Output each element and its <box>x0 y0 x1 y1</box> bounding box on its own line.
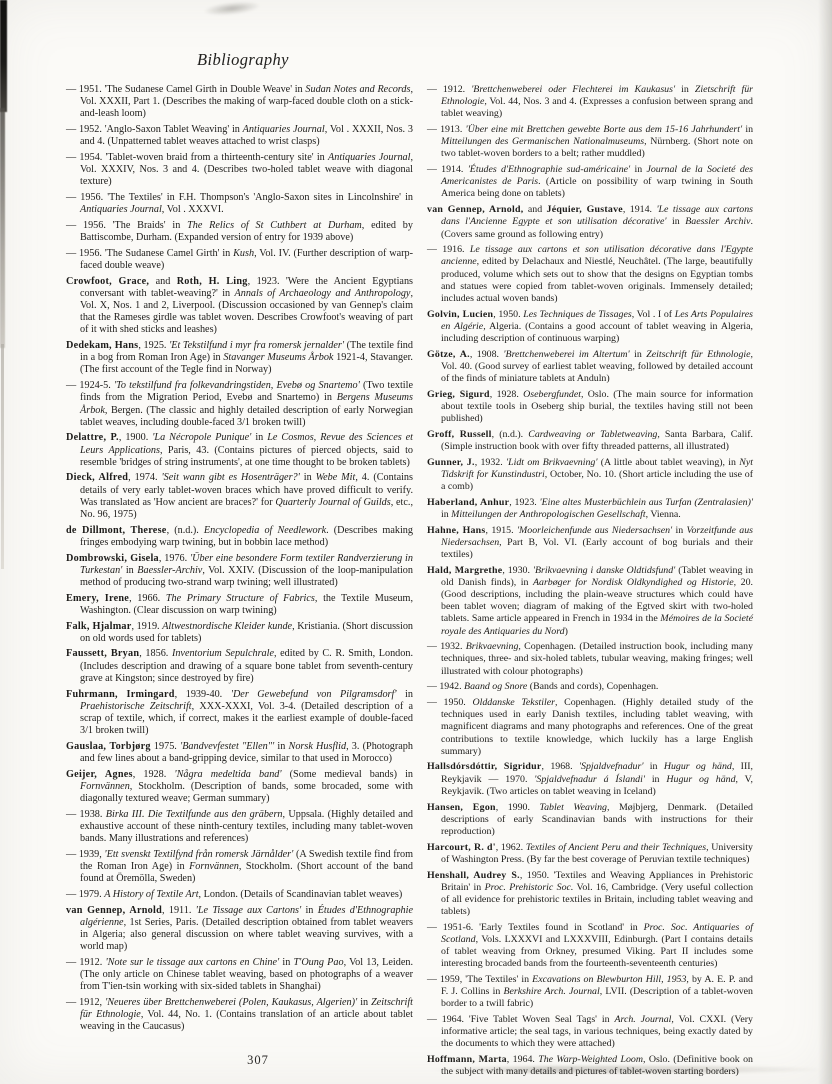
entry-segment: 'Brikvaevning i danske Oldtidsfund' <box>533 565 675 576</box>
entry-segment: T'Oung Pao <box>293 957 343 968</box>
entry-segment: 'Le Tissage aux Cartons' <box>196 905 302 916</box>
entry-segment: Antiquaries Journal <box>328 152 410 163</box>
entry-segment: Annals of Archaeology and Anthropology <box>235 288 411 299</box>
entry-segment: , Vol . I of <box>632 309 675 320</box>
bibliography-entry: — 1912. 'Brettchenweberei oder Flechtere… <box>427 84 753 120</box>
entry-segment: , 1928. <box>133 769 175 780</box>
entry-segment: Grieg, Sigurd <box>427 389 490 400</box>
entry-segment: , Stockholm. (Description of bands, some… <box>80 781 413 804</box>
entry-segment: in <box>279 957 293 968</box>
bibliography-entry: van Gennep, Arnold, and Jéquier, Gustave… <box>427 204 753 240</box>
entry-segment: in <box>251 432 267 443</box>
bibliography-entry: — 1932. Brikvaevning, Copenhagen. (Detai… <box>427 641 753 677</box>
entry-segment: in <box>122 565 137 576</box>
entry-segment: Hansen, Egon <box>427 802 496 813</box>
entry-segment: Encyclopedia of Needlework <box>204 525 326 536</box>
bibliography-entry: Dieck, Alfred, 1974. 'Seit wann gibt es … <box>66 472 413 521</box>
entry-segment: in <box>675 84 695 95</box>
entry-segment: , 1966. <box>129 593 166 604</box>
entry-segment: Baand og Snore <box>464 681 527 692</box>
entry-segment: Harcourt, R. d' <box>427 842 496 853</box>
entry-segment: — 1954. 'Tablet-woven braid from a thirt… <box>66 152 328 163</box>
entry-segment: Fornvännen <box>189 861 239 872</box>
entry-segment: , 1964. <box>507 1054 538 1065</box>
page-title: Bibliography <box>197 50 289 70</box>
bibliography-entry: Hansen, Egon, 1990. Tablet Weaving, Møjb… <box>427 802 753 838</box>
entry-segment: Les Techniques de Tissages <box>523 309 632 320</box>
entry-segment: (Bands and cords), Copenhagen. <box>527 681 658 692</box>
entry-segment: , Vol . XXXVI. <box>162 204 224 215</box>
entry-segment: — 1951. 'The Sudanese Camel Girth in Dou… <box>66 84 305 95</box>
bibliography-entry: — 1942. Baand og Snore (Bands and cords)… <box>427 681 753 693</box>
entry-segment: — 1964. 'Five Tablet Woven Seal Tags' in <box>427 1014 614 1025</box>
bibliography-entry: de Dillmont, Therese, (n.d.). Encycloped… <box>66 525 413 549</box>
bibliography-entry: — 1954. 'Tablet-woven braid from a thirt… <box>66 152 413 188</box>
entry-segment: — 1912. <box>66 957 105 968</box>
bibliography-entry: Geijer, Agnes, 1928. 'Några medeltida ba… <box>66 769 413 805</box>
entry-segment: , (n.d.). <box>492 429 529 440</box>
entry-segment: , 1928. <box>490 389 523 400</box>
entry-segment: Dieck, Alfred <box>66 472 128 483</box>
entry-segment: van Gennep, Arnold, <box>427 204 523 215</box>
scanned-book-page: Bibliography — 1951. 'The Sudanese Camel… <box>0 0 832 1084</box>
entry-segment: Groff, Russell <box>427 429 492 440</box>
bibliography-entry: Dombrowski, Gisela, 1976. 'Über eine bes… <box>66 553 413 589</box>
bibliography-entry: — 1950. Olddanske Tekstiler, Copenhagen.… <box>427 697 753 758</box>
entry-segment: Textiles of Ancient Peru and their Techn… <box>526 842 706 853</box>
entry-segment: Haberland, Anhur <box>427 497 509 508</box>
bibliography-entry: — 1964. 'Five Tablet Woven Seal Tags' in… <box>427 1014 753 1050</box>
entry-segment: — 1956. 'The Sudanese Camel Girth' in <box>66 248 233 259</box>
entry-segment: in <box>630 164 646 175</box>
entry-segment: Inventorium Sepulchrale <box>172 648 274 659</box>
entry-segment: 'Über eine mit Brettchen gewebte Borte a… <box>466 124 743 135</box>
bibliography-entry: Harcourt, R. d', 1962. Textiles of Ancie… <box>427 842 753 866</box>
entry-segment: in <box>357 997 371 1008</box>
bibliography-entry: Dedekam, Hans, 1925. 'Et Tekstilfund i m… <box>66 340 413 376</box>
entry-segment: Baessler-Archiv <box>137 565 202 576</box>
bibliography-entry: — 1912. 'Note sur le tissage aux cartons… <box>66 957 413 993</box>
entry-segment: Geijer, Agnes <box>66 769 133 780</box>
entry-segment: , 1976. <box>159 553 190 564</box>
entry-segment: , 1856. <box>139 648 172 659</box>
entry-segment: Götze, A. <box>427 349 470 360</box>
entry-segment: Hugur og händ <box>666 774 735 785</box>
entry-segment: — 1956. 'The Textiles' in F.H. Thompson'… <box>66 192 413 203</box>
entry-segment: Fornvännen <box>80 781 130 792</box>
bibliography-entry: Hahne, Hans, 1915. 'Moorleichenfunde aus… <box>427 525 753 561</box>
bibliography-entry: — 1956. 'The Textiles' in F.H. Thompson'… <box>66 192 413 216</box>
entry-segment: Hugur og händ <box>664 761 732 772</box>
entry-segment: , Bergen. (The classic and highly detail… <box>80 405 413 428</box>
entry-segment: Antiquaries Journal <box>243 124 325 135</box>
entry-segment: in <box>742 124 753 135</box>
entry-segment: Arch. Journal <box>614 1014 671 1025</box>
left-column: — 1951. 'The Sudanese Camel Girth in Dou… <box>66 84 413 1082</box>
entry-segment: 'Spjaldvefnadur á Íslandi' <box>534 774 645 785</box>
entry-segment: 'To tekstilfund fra folkevandringstiden,… <box>114 380 360 391</box>
entry-segment: , 1st Series, Paris. (Detailed descripti… <box>80 917 413 952</box>
entry-segment: , Vols. LXXXVI and LXXXVIII, Edinburgh. … <box>441 934 753 969</box>
entry-segment: A History of Textile Art <box>104 889 198 900</box>
entry-segment: 'Études d'Ethnographie sud-américaine' <box>468 164 630 175</box>
entry-segment: 'Brettchenweberei oder Flechterei im Kau… <box>471 84 675 95</box>
entry-segment: , Algeria. (Contains a good account of t… <box>441 321 753 344</box>
entry-segment: 'Moorleichenfunde aus Niedersachsen' <box>517 525 672 536</box>
entry-segment: , 1925. <box>138 340 169 351</box>
entry-segment: Golvin, Lucien <box>427 309 493 320</box>
bibliography-entry: Grieg, Sigurd, 1928. Osebergfundet, Oslo… <box>427 389 753 425</box>
entry-segment: Hahne, Hans <box>427 525 486 536</box>
bibliography-entry: Emery, Irene, 1966. The Primary Structur… <box>66 593 413 617</box>
entry-segment: de Dillmont, Therese <box>66 525 167 536</box>
entry-segment: , (n.d.). <box>167 525 204 536</box>
entry-segment: Roth, H. Ling <box>177 276 248 287</box>
scan-artifact-left-edge-faint <box>1 344 4 569</box>
entry-segment: Kush <box>233 248 254 259</box>
entry-segment: Osebergfundet <box>523 389 581 400</box>
bibliography-entry: Delattre, P., 1900. 'La Nécropole Puniqu… <box>66 432 413 468</box>
entry-segment: Praehistorische Zeitschrift <box>80 701 192 712</box>
entry-segment: 'Bandvevfestet "Ellen"' <box>180 741 274 752</box>
entry-segment: Quarterly Journal of Guilds <box>275 497 390 508</box>
entry-segment: Birka III. Die Textilfunde aus den gräbe… <box>106 809 283 820</box>
entry-segment: in <box>643 761 663 772</box>
bibliography-entry: Fuhrmann, Irmingard, 1939-40. 'Der Geweb… <box>66 689 413 738</box>
entry-segment: Hoffmann, Marta <box>427 1054 507 1065</box>
entry-segment: — 1956. 'The Braids' in <box>66 220 187 231</box>
bibliography-entry: Hoffmann, Marta, 1964. The Warp-Weighted… <box>427 1054 753 1078</box>
entry-segment: , 1911. <box>162 905 196 916</box>
entry-segment: Crowfoot, Grace, <box>66 276 149 287</box>
entry-segment: Sudan Notes and Records <box>305 84 410 95</box>
entry-segment: — 1916. <box>427 244 470 255</box>
entry-segment: , 1932. <box>475 457 506 468</box>
entry-segment: — 1959, 'The Textiles' in <box>427 974 532 985</box>
entry-segment: , 1950. <box>493 309 523 320</box>
entry-segment: The Warp-Weighted Loom <box>538 1054 643 1065</box>
entry-segment: Henshall, Audrey S. <box>427 870 520 881</box>
entry-segment: Tablet Weaving <box>539 802 606 813</box>
entry-segment: — 1913. <box>427 124 466 135</box>
bibliography-entry: van Gennep, Arnold, 1911. 'Le Tissage au… <box>66 905 413 954</box>
bibliography-entry: — 1914. 'Études d'Ethnographie sud-améri… <box>427 164 753 200</box>
entry-segment: , 1908. <box>470 349 504 360</box>
entry-segment: The Primary Structure of Fabrics <box>166 593 315 604</box>
entry-segment: van Gennep, Arnold <box>66 905 162 916</box>
bibliography-entry: Henshall, Audrey S., 1950. 'Textiles and… <box>427 870 753 919</box>
entry-segment: Gauslaa, Torbjørg <box>66 741 151 752</box>
entry-segment: Gunner, J. <box>427 457 475 468</box>
entry-segment: 1975. <box>151 741 180 752</box>
bibliography-entry: — 1979. A History of Textile Art, London… <box>66 889 413 901</box>
entry-segment: , 1923. <box>509 497 539 508</box>
entry-segment: Proc. Prehistoric Soc. <box>485 882 574 893</box>
bibliography-entry: Hald, Margrethe, 1930. 'Brikvaevning i d… <box>427 565 753 638</box>
entry-segment: 'Seit wann gibt es Hosenträger?' <box>161 472 299 483</box>
entry-segment: 'Några medeltida band' <box>174 769 281 780</box>
entry-segment: in <box>666 216 685 227</box>
entry-segment: in <box>301 905 318 916</box>
page-number: 307 <box>236 1053 280 1068</box>
entry-segment: — 1924-5. <box>66 380 114 391</box>
entry-segment: in <box>300 472 316 483</box>
entry-segment: Antiquaries Journal <box>80 204 162 215</box>
entry-segment: — 1942. <box>427 681 464 692</box>
entry-segment: Jéquier, Gustave <box>547 204 623 215</box>
entry-segment: , 1939-40. <box>175 689 231 700</box>
entry-segment: Mitteilungen der Anthropologischen Gesel… <box>451 509 645 520</box>
bibliography-entry: — 1959, 'The Textiles' in Excavations on… <box>427 974 753 1010</box>
entry-segment: Altwestnordische Kleider kunde <box>162 621 292 632</box>
entry-segment: , 1962. <box>496 842 526 853</box>
entry-segment: Fuhrmann, Irmingard <box>66 689 175 700</box>
entry-segment: Webe Mit <box>316 472 356 483</box>
entry-segment: (A little about tablet weaving), in <box>597 457 739 468</box>
entry-segment: 'Spjaldvefnadur' <box>579 761 644 772</box>
entry-segment: Stavanger Museums Årbok <box>223 352 333 363</box>
entry-segment: 'Lidt om Brikvaevning' <box>506 457 597 468</box>
entry-segment: and <box>149 276 177 287</box>
entry-segment: — 1951-6. 'Early Textiles found in Scotl… <box>427 922 644 933</box>
entry-segment: , 1968. <box>542 761 579 772</box>
bibliography-entry: — 1952. 'Anglo-Saxon Tablet Weaving' in … <box>66 124 413 148</box>
bibliography-entry: Crowfoot, Grace, and Roth, H. Ling, 1923… <box>66 276 413 337</box>
entry-segment: — 1938. <box>66 809 106 820</box>
entry-segment: in <box>274 741 288 752</box>
entry-segment: , Vol. 44, Nos. 3 and 4. (Expresses a co… <box>441 96 753 119</box>
entry-segment: Brikvaevning <box>466 641 519 652</box>
entry-segment: Aarbøger for Nordisk Oldkyndighed og His… <box>533 577 734 588</box>
right-column: — 1912. 'Brettchenweberei oder Flechtere… <box>427 84 753 1082</box>
bibliography-entry: Falk, Hjalmar, 1919. Altwestnordische Kl… <box>66 621 413 645</box>
entry-segment: in <box>397 689 413 700</box>
entry-segment: Dedekam, Hans <box>66 340 138 351</box>
entry-segment: 'Et Tekstilfund i myr fra romersk jernal… <box>169 340 344 351</box>
bibliography-entry: Faussett, Bryan, 1856. Inventorium Sepul… <box>66 648 413 684</box>
entry-segment: , 1990. <box>496 802 540 813</box>
entry-segment: , edited by Delachaux and Niestlé, Neuch… <box>441 256 753 303</box>
entry-segment: ) <box>565 626 568 637</box>
entry-segment: — 1932. <box>427 641 466 652</box>
entry-segment: , 1914. <box>623 204 657 215</box>
scan-artifact-left-edge-dark <box>0 0 7 112</box>
entry-segment: in <box>441 509 451 520</box>
entry-segment: 'Eine altes Musterbüchlein aus Turfan (Z… <box>540 497 753 508</box>
entry-segment: and <box>523 204 546 215</box>
entry-segment: Falk, Hjalmar <box>66 621 132 632</box>
entry-segment: , 1900. <box>119 432 152 443</box>
entry-segment: , 1915. <box>486 525 517 536</box>
entry-segment: 'Brettchenweberei im Altertum' <box>503 349 629 360</box>
entry-segment: , London. (Details of Scandinavian table… <box>199 889 403 900</box>
bibliography-columns: — 1951. 'The Sudanese Camel Girth in Dou… <box>66 84 778 1082</box>
entry-segment: Cardweaving or Tabletweaving <box>528 429 657 440</box>
entry-segment: — 1912, <box>66 997 105 1008</box>
entry-segment: The Relics of St Cuthbert at Durham <box>187 220 362 231</box>
bibliography-entry: — 1912, 'Neueres über Brettchenweberei (… <box>66 997 413 1033</box>
bibliography-entry: — 1913. 'Über eine mit Brettchen gewebte… <box>427 124 753 160</box>
entry-segment: Dombrowski, Gisela <box>66 553 159 564</box>
bibliography-entry: Gunner, J., 1932. 'Lidt om Brikvaevning'… <box>427 457 753 493</box>
entry-segment: , 1919. <box>132 621 163 632</box>
entry-segment: 'Der Gewebefund von Pilgramsdorf' <box>231 689 397 700</box>
bibliography-entry: — 1951. 'The Sudanese Camel Girth in Dou… <box>66 84 413 120</box>
entry-segment: — 1950. <box>427 697 472 708</box>
scan-artifact-left-edge-mid <box>0 108 5 348</box>
entry-segment: Faussett, Bryan <box>66 648 139 659</box>
entry-segment: Berkshire Arch. Journal <box>503 986 599 997</box>
entry-segment: Hald, Margrethe <box>427 565 502 576</box>
bibliography-entry: — 1939, 'Ett svenskt Textilfynd från rom… <box>66 849 413 885</box>
entry-segment: (Some medieval bands) in <box>282 769 413 780</box>
bibliography-entry: Haberland, Anhur, 1923. 'Eine altes Must… <box>427 497 753 521</box>
bibliography-entry: Götze, A., 1908. 'Brettchenweberei im Al… <box>427 349 753 385</box>
entry-segment: in <box>645 774 666 785</box>
entry-segment: 'Neueres über Brettchenweberei (Polen, K… <box>105 997 357 1008</box>
entry-segment: Excavations on Blewburton Hill, 1953 <box>532 974 686 985</box>
entry-segment: Zeitschrift für Ethnologie <box>646 349 750 360</box>
bibliography-entry: — 1938. Birka III. Die Textilfunde aus d… <box>66 809 413 845</box>
entry-segment: , 1974. <box>128 472 161 483</box>
entry-segment: in <box>672 525 686 536</box>
entry-segment: , Vienna. <box>646 509 681 520</box>
bibliography-entry: Golvin, Lucien, 1950. Les Techniques de … <box>427 309 753 345</box>
bibliography-entry: — 1956. 'The Sudanese Camel Girth' in Ku… <box>66 248 413 272</box>
entry-segment: 'Note sur le tissage aux cartons en Chin… <box>105 957 279 968</box>
entry-segment: — 1979. <box>66 889 104 900</box>
entry-segment: — 1914. <box>427 164 468 175</box>
scan-artifact-right-edge-shadow <box>818 0 832 1084</box>
bibliography-entry: — 1951-6. 'Early Textiles found in Scotl… <box>427 922 753 971</box>
bibliography-entry: Hallsdórsdóttir, Sigridur, 1968. 'Spjald… <box>427 761 753 797</box>
bibliography-entry: — 1916. Le tissage aux cartons et son ut… <box>427 244 753 305</box>
entry-segment: in <box>630 349 647 360</box>
entry-segment: , 1930. <box>502 565 533 576</box>
entry-segment: 'Ett svenskt Textilfynd från romersk Jär… <box>104 849 293 860</box>
entry-segment: Emery, Irene <box>66 593 129 604</box>
bibliography-entry: — 1956. 'The Braids' in The Relics of St… <box>66 220 413 244</box>
scan-artifact-top-smudge <box>201 0 262 18</box>
entry-segment: 'La Nécropole Punique' <box>152 432 251 443</box>
entry-segment: Hallsdórsdóttir, Sigridur <box>427 761 542 772</box>
entry-segment: Olddanske Tekstiler <box>472 697 555 708</box>
bibliography-entry: Gauslaa, Torbjørg 1975. 'Bandvevfestet "… <box>66 741 413 765</box>
bibliography-entry: Groff, Russell, (n.d.). Cardweaving or T… <box>427 429 753 453</box>
entry-segment: Mitteilungen des Germanischen Nationalmu… <box>441 136 644 147</box>
bibliography-entry: — 1924-5. 'To tekstilfund fra folkevandr… <box>66 380 413 429</box>
entry-segment: — 1939, <box>66 849 104 860</box>
entry-segment: Norsk Husflid <box>289 741 347 752</box>
entry-segment: Delattre, P. <box>66 432 119 443</box>
entry-segment: Baessler Archiv <box>685 216 750 227</box>
entry-segment: — 1952. 'Anglo-Saxon Tablet Weaving' in <box>66 124 243 135</box>
entry-segment: — 1912. <box>427 84 471 95</box>
